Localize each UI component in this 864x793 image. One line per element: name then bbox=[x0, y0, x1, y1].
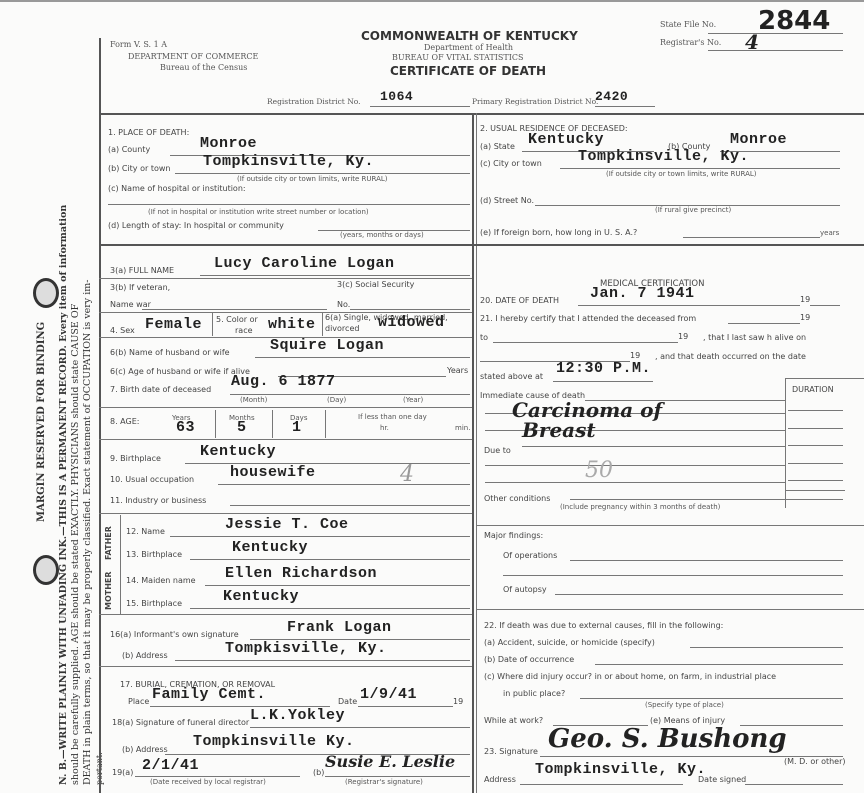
occupation-line bbox=[218, 484, 470, 485]
divider bbox=[99, 439, 472, 440]
spouse-age-unit: Years bbox=[447, 366, 468, 375]
line bbox=[485, 482, 785, 483]
mother-birthplace-value[interactable]: Kentucky bbox=[223, 588, 299, 605]
margin-note-3: DEATH in plain terms, so that it may be … bbox=[82, 280, 94, 785]
pod-hospital-note: (If not in hospital or institution write… bbox=[148, 208, 369, 216]
stated-value[interactable]: 12:30 P.M. bbox=[556, 360, 651, 377]
line bbox=[580, 698, 843, 699]
certify-line-3: , and that death occurred on the date bbox=[655, 352, 806, 361]
line bbox=[503, 575, 843, 576]
burial-place-label: Place bbox=[128, 697, 149, 706]
age-months[interactable]: 5 bbox=[237, 419, 247, 436]
res-street-note: (If rural give precinct) bbox=[655, 206, 731, 214]
certify-line-1: 21. I hereby certify that I attended the… bbox=[480, 314, 696, 323]
frame-top bbox=[99, 113, 864, 115]
divider bbox=[212, 312, 213, 336]
res-city-label: (c) City or town bbox=[480, 159, 542, 168]
accident-label: (a) Accident, suicide, or homicide (spec… bbox=[484, 638, 655, 647]
line bbox=[595, 664, 843, 665]
birth-line bbox=[230, 394, 470, 395]
race-label-1: 5. Color or bbox=[216, 315, 258, 324]
registrar-sig-line bbox=[325, 776, 470, 777]
registrar-sig-note: (Registrar's signature) bbox=[345, 778, 423, 786]
birthplace-value[interactable]: Kentucky bbox=[200, 443, 276, 460]
burial-address-value[interactable]: Tompkinsville Ky. bbox=[193, 733, 355, 750]
major-findings-label: Major findings: bbox=[484, 531, 543, 540]
physician-signature[interactable]: Geo. S. Bushong bbox=[548, 724, 787, 754]
director-line bbox=[250, 727, 470, 728]
pod-city-value[interactable]: Tompkinsville, Ky. bbox=[203, 153, 374, 170]
pod-hospital-line bbox=[108, 204, 470, 205]
res-foreign-line bbox=[683, 237, 820, 238]
war-label: Name war bbox=[110, 300, 151, 309]
registrar-line bbox=[708, 50, 843, 51]
line bbox=[788, 480, 843, 481]
burial-address-label: (b) Address bbox=[122, 745, 168, 754]
age-days[interactable]: 1 bbox=[292, 419, 302, 436]
pencil-code: 50 bbox=[585, 458, 613, 483]
reg-district-line bbox=[370, 106, 470, 107]
received-label: 19(a) bbox=[112, 768, 133, 777]
column-divider bbox=[472, 113, 474, 793]
father-name-line bbox=[170, 536, 470, 537]
other-conditions-note: (Include pregnancy within 3 months of de… bbox=[560, 503, 720, 511]
burial-date-line bbox=[358, 706, 453, 707]
registrar-number: 4 bbox=[745, 30, 759, 54]
primary-district-label: Primary Registration District No. bbox=[472, 97, 598, 106]
father-birthplace-line bbox=[190, 559, 470, 560]
res-city-line bbox=[560, 168, 840, 169]
birthplace-label: 9. Birthplace bbox=[110, 454, 161, 463]
res-city-value[interactable]: Tompkinsville, Ky. bbox=[578, 148, 749, 165]
line bbox=[788, 463, 843, 464]
burial-date-value[interactable]: 1/9/41 bbox=[360, 686, 417, 703]
divider bbox=[99, 513, 472, 514]
death-date-label: 20. DATE OF DEATH bbox=[480, 296, 559, 305]
father-birthplace-label: 13. Birthplace bbox=[126, 550, 182, 559]
bureau-vital: BUREAU OF VITAL STATISTICS bbox=[392, 53, 523, 62]
sex-label: 4. Sex bbox=[110, 326, 135, 335]
stated-label: stated above at bbox=[480, 372, 543, 381]
duration-label: DURATION bbox=[792, 385, 834, 394]
received-value[interactable]: 2/1/41 bbox=[142, 757, 199, 774]
spouse-age-label: 6(c) Age of husband or wife if alive bbox=[110, 367, 250, 376]
director-label: 18(a) Signature of funeral director bbox=[112, 718, 249, 727]
md-label: (M. D. or other) bbox=[784, 757, 846, 766]
punch-hole-top bbox=[33, 278, 59, 308]
spouse-label: 6(b) Name of husband or wife bbox=[110, 348, 230, 357]
divider bbox=[322, 312, 323, 336]
received-line bbox=[135, 776, 300, 777]
pod-city-line bbox=[175, 173, 470, 174]
commonwealth-title: COMMONWEALTH OF KENTUCKY bbox=[361, 29, 578, 43]
duration-box-bottom bbox=[785, 490, 845, 491]
other-conditions-label: Other conditions bbox=[484, 494, 550, 503]
certify-line-2: , that I last saw h alive on bbox=[703, 333, 806, 342]
at-work-label: While at work? bbox=[484, 716, 543, 725]
pod-city-label: (b) City or town bbox=[108, 164, 170, 173]
date-signed-label: Date signed bbox=[698, 775, 746, 784]
pod-stay-note: (years, months or days) bbox=[340, 231, 424, 239]
received-note: (Date received by local registrar) bbox=[150, 778, 266, 786]
ss-no-label: No. bbox=[337, 300, 350, 309]
res-state-label: (a) State bbox=[480, 142, 515, 151]
mother-birthplace-label: 15. Birthplace bbox=[126, 599, 182, 608]
physician-address-label: Address bbox=[484, 775, 516, 784]
cause-line-2[interactable]: Breast bbox=[522, 418, 596, 442]
age-label: 8. AGE: bbox=[110, 417, 139, 426]
punch-hole-bottom bbox=[33, 555, 59, 585]
mother-name-line bbox=[205, 585, 470, 586]
pod-county-label: (a) County bbox=[108, 145, 150, 154]
line bbox=[788, 428, 843, 429]
divider bbox=[325, 410, 326, 438]
margin-note-1: N. B.—WRITE PLAINLY WITH UNFADING INK.—T… bbox=[58, 205, 70, 785]
burial-date-label: Date bbox=[338, 697, 357, 706]
signature-label: 23. Signature bbox=[484, 747, 538, 756]
father-name-value[interactable]: Jessie T. Coe bbox=[225, 516, 349, 533]
birth-value[interactable]: Aug. 6 1877 bbox=[231, 373, 336, 390]
marital-value[interactable]: widowed bbox=[378, 314, 445, 331]
divider bbox=[99, 666, 472, 667]
duration-box-left bbox=[785, 378, 786, 508]
line bbox=[745, 784, 843, 785]
occupation-label: 10. Usual occupation bbox=[110, 475, 194, 484]
divider bbox=[99, 614, 472, 615]
line bbox=[788, 410, 843, 411]
margin-note-2: should be carefully supplied. AGE should… bbox=[70, 304, 82, 785]
section-divider bbox=[99, 244, 864, 246]
occupation-value[interactable]: housewife bbox=[230, 464, 316, 481]
line bbox=[728, 323, 800, 324]
dept-health: Department of Health bbox=[424, 43, 513, 52]
divider bbox=[215, 410, 216, 438]
registrar-label: Registrar's No. bbox=[660, 38, 721, 47]
spouse-value[interactable]: Squire Logan bbox=[270, 337, 384, 354]
certify-19b: 19 bbox=[678, 332, 688, 341]
death-date-value[interactable]: Jan. 7 1941 bbox=[590, 285, 695, 302]
frame-left bbox=[99, 38, 101, 793]
full-name-label: 3(a) FULL NAME bbox=[110, 266, 174, 275]
state-file-label: State File No. bbox=[660, 20, 716, 29]
birth-month-note: (Month) bbox=[240, 396, 267, 404]
informant-address-line bbox=[175, 660, 470, 661]
form-number: Form V. S. 1 A bbox=[110, 40, 167, 49]
pod-stay-label: (d) Length of stay: In hospital or commu… bbox=[108, 221, 284, 230]
death-date-line bbox=[578, 305, 800, 306]
registrar-signature[interactable]: Susie E. Leslie bbox=[325, 752, 455, 771]
state-file-number: 2844 bbox=[758, 6, 830, 36]
age-min-label: min. bbox=[455, 424, 470, 432]
birthplace-line bbox=[185, 463, 470, 464]
informant-address-label: (b) Address bbox=[122, 651, 168, 660]
pencil-mark: 4 bbox=[400, 462, 414, 487]
industry-line bbox=[230, 505, 470, 506]
line bbox=[810, 305, 840, 306]
father-tag: FATHER bbox=[104, 526, 113, 560]
primary-district-value: 2420 bbox=[595, 89, 628, 104]
public-place-note: (Specify type of place) bbox=[645, 701, 724, 709]
mother-name-value[interactable]: Ellen Richardson bbox=[225, 565, 377, 582]
sex-value[interactable]: Female bbox=[145, 316, 202, 333]
mother-tag: MOTHER bbox=[104, 571, 113, 610]
margin-reserved: MARGIN RESERVED FOR BINDING bbox=[36, 322, 48, 522]
ss-no-line bbox=[350, 309, 470, 310]
ss-label: 3(c) Social Security bbox=[337, 280, 414, 289]
veteran-label: 3(b) If veteran, bbox=[110, 283, 170, 292]
pod-county-value[interactable]: Monroe bbox=[200, 135, 257, 152]
registrar-sig-label: (b) bbox=[313, 768, 324, 777]
age-less-label: If less than one day bbox=[358, 413, 427, 421]
age-hr-label: hr. bbox=[380, 424, 389, 432]
father-birthplace-value[interactable]: Kentucky bbox=[232, 539, 308, 556]
line bbox=[788, 445, 843, 446]
full-name-value[interactable]: Lucy Caroline Logan bbox=[214, 255, 395, 272]
birth-year-note: (Year) bbox=[403, 396, 423, 404]
line bbox=[570, 499, 843, 500]
certify-to: to bbox=[480, 333, 488, 342]
informant-signature-label: 16(a) Informant's own signature bbox=[110, 630, 239, 639]
divider bbox=[476, 525, 864, 526]
line bbox=[520, 784, 683, 785]
father-name-label: 12. Name bbox=[126, 527, 165, 536]
column-divider-2 bbox=[476, 113, 477, 793]
burial-date-19: 19 bbox=[453, 697, 463, 706]
birth-label: 7. Birth date of deceased bbox=[110, 385, 211, 394]
death-date-19: 19 bbox=[800, 295, 810, 304]
mother-name-label: 14. Maiden name bbox=[126, 576, 196, 585]
due-to-label: Due to bbox=[484, 446, 511, 455]
certify-19c: 19 bbox=[630, 351, 640, 360]
where-label: (c) Where did injury occur? in or about … bbox=[484, 672, 776, 681]
bureau-census: Bureau of the Census bbox=[160, 63, 247, 72]
operations-label: Of operations bbox=[503, 551, 557, 560]
divider bbox=[476, 609, 864, 610]
occurrence-label: (b) Date of occurrence bbox=[484, 655, 574, 664]
pod-city-note: (If outside city or town limits, write R… bbox=[237, 175, 388, 183]
line bbox=[493, 342, 678, 343]
certify-19: 19 bbox=[800, 313, 810, 322]
res-county-value[interactable]: Monroe bbox=[730, 131, 787, 148]
certificate-title: CERTIFICATE OF DEATH bbox=[390, 64, 546, 78]
informant-address-value[interactable]: Tompkisville, Ky. bbox=[225, 640, 387, 657]
res-state-value[interactable]: Kentucky bbox=[528, 131, 604, 148]
divider bbox=[120, 515, 121, 615]
reg-district-label: Registration District No. bbox=[267, 97, 361, 106]
industry-label: 11. Industry or business bbox=[110, 496, 206, 505]
external-causes-heading: 22. If death was due to external causes,… bbox=[484, 621, 723, 630]
primary-district-line bbox=[595, 106, 655, 107]
res-street-label: (d) Street No. bbox=[480, 196, 534, 205]
divider bbox=[99, 407, 472, 408]
place-of-death-heading: 1. PLACE OF DEATH: bbox=[108, 128, 189, 137]
res-foreign-unit: years bbox=[820, 229, 839, 237]
res-foreign-label: (e) If foreign born, how long in U. S. A… bbox=[480, 228, 637, 237]
line bbox=[555, 594, 843, 595]
reg-district-value: 1064 bbox=[380, 89, 413, 104]
burial-place-value[interactable]: Family Cemt. bbox=[152, 686, 266, 703]
full-name-line bbox=[200, 275, 470, 276]
informant-signature-value[interactable]: Frank Logan bbox=[287, 619, 392, 636]
spouse-line bbox=[255, 357, 470, 358]
divider bbox=[99, 278, 472, 279]
dept-commerce: DEPARTMENT OF COMMERCE bbox=[128, 52, 258, 61]
line bbox=[570, 560, 843, 561]
line bbox=[522, 446, 785, 447]
line bbox=[690, 647, 843, 648]
mother-birthplace-line bbox=[190, 608, 470, 609]
physician-address-value[interactable]: Tompkinsville, Ky. bbox=[535, 761, 706, 778]
line bbox=[553, 381, 653, 382]
res-city-note: (If outside city or town limits, write R… bbox=[606, 170, 757, 178]
race-label-2: race bbox=[235, 326, 253, 335]
line bbox=[485, 465, 785, 466]
divider bbox=[272, 410, 273, 438]
public-place-label: in public place? bbox=[503, 689, 565, 698]
age-years[interactable]: 63 bbox=[176, 419, 195, 436]
birth-day-note: (Day) bbox=[327, 396, 346, 404]
director-value[interactable]: L.K.Yokley bbox=[250, 707, 345, 724]
duration-box-top bbox=[785, 378, 864, 379]
marital-label-2: divorced bbox=[325, 324, 359, 333]
top-edge bbox=[0, 0, 864, 2]
autopsy-label: Of autopsy bbox=[503, 585, 547, 594]
pod-hospital-label: (c) Name of hospital or institution: bbox=[108, 184, 246, 193]
war-line bbox=[142, 309, 327, 310]
race-value[interactable]: white bbox=[268, 316, 316, 333]
